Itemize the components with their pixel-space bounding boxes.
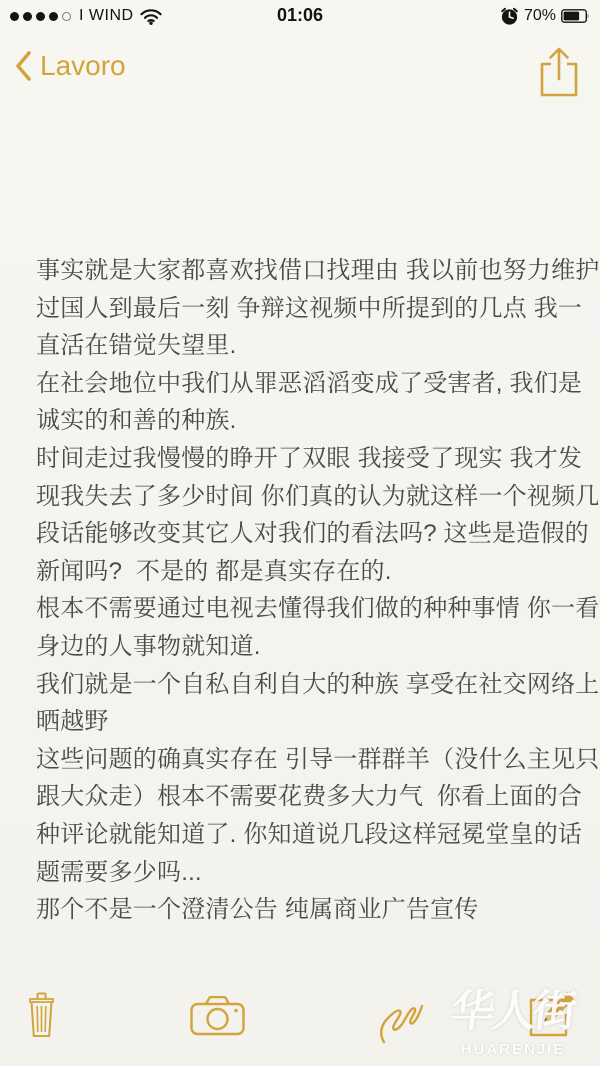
note-text-line: 种评论就能知道了. 你知道说几段这样冠冕堂皇的话	[36, 816, 584, 854]
trash-icon	[28, 992, 55, 1038]
note-text-line: 时间走过我慢慢的睁开了双眼 我接受了现实 我才发	[36, 440, 584, 478]
status-bar-right: 70%	[500, 0, 590, 32]
battery-percent-label: 70%	[524, 7, 556, 25]
note-text-line: 晒越野	[36, 703, 584, 741]
status-bar: I WIND 01:06 70%	[0, 0, 600, 32]
note-text-line: 那个不是一个澄清公告 纯属商业广告宣传	[36, 891, 584, 929]
sketch-icon	[378, 992, 426, 1044]
bottom-toolbar	[0, 980, 600, 1066]
compose-icon	[526, 990, 576, 1038]
share-icon	[538, 46, 580, 98]
note-text-line: 新闻吗? 不是的 都是真实存在的.	[36, 553, 584, 591]
alarm-clock-icon	[500, 7, 519, 26]
note-text-line: 题需要多少吗...	[36, 854, 584, 892]
note-text-line: 事实就是大家都喜欢找借口找理由 我以前也努力维护	[36, 252, 584, 290]
battery-icon	[561, 9, 590, 23]
note-text-line: 身边的人事物就知道.	[36, 628, 584, 666]
back-button-label: Lavoro	[40, 50, 126, 82]
sketch-button[interactable]	[378, 992, 426, 1044]
back-button[interactable]: Lavoro	[14, 50, 126, 82]
note-text-line: 跟大众走）根本不需要花费多大力气 你看上面的合	[36, 778, 584, 816]
note-text-line: 段话能够改变其它人对我们的看法吗? 这些是造假的	[36, 515, 584, 553]
note-content[interactable]: 事实就是大家都喜欢找借口找理由 我以前也努力维护过国人到最后一刻 争辩这视频中所…	[36, 252, 584, 929]
note-text-line: 直活在错觉失望里.	[36, 327, 584, 365]
note-text-line: 诚实的和善的种族.	[36, 402, 584, 440]
note-text-line: 现我失去了多少时间 你们真的认为就这样一个视频几	[36, 478, 584, 516]
note-text-line: 在社会地位中我们从罪恶滔滔变成了受害者, 我们是	[36, 365, 584, 403]
note-text-line: 我们就是一个自私自利自大的种族 享受在社交网络上	[36, 666, 584, 704]
note-text-line: 这些问题的确真实存在 引导一群群羊（没什么主见只	[36, 741, 584, 779]
camera-icon	[190, 996, 245, 1036]
note-text-line: 过国人到最后一刻 争辩这视频中所提到的几点 我一	[36, 290, 584, 328]
notes-app-screen: I WIND 01:06 70%	[0, 0, 600, 1066]
chevron-left-icon	[14, 50, 32, 82]
camera-button[interactable]	[190, 996, 245, 1036]
compose-button[interactable]	[526, 990, 576, 1038]
share-button[interactable]	[538, 46, 580, 98]
delete-button[interactable]	[28, 992, 55, 1038]
note-text-line: 根本不需要通过电视去懂得我们做的种种事情 你一看	[36, 590, 584, 628]
